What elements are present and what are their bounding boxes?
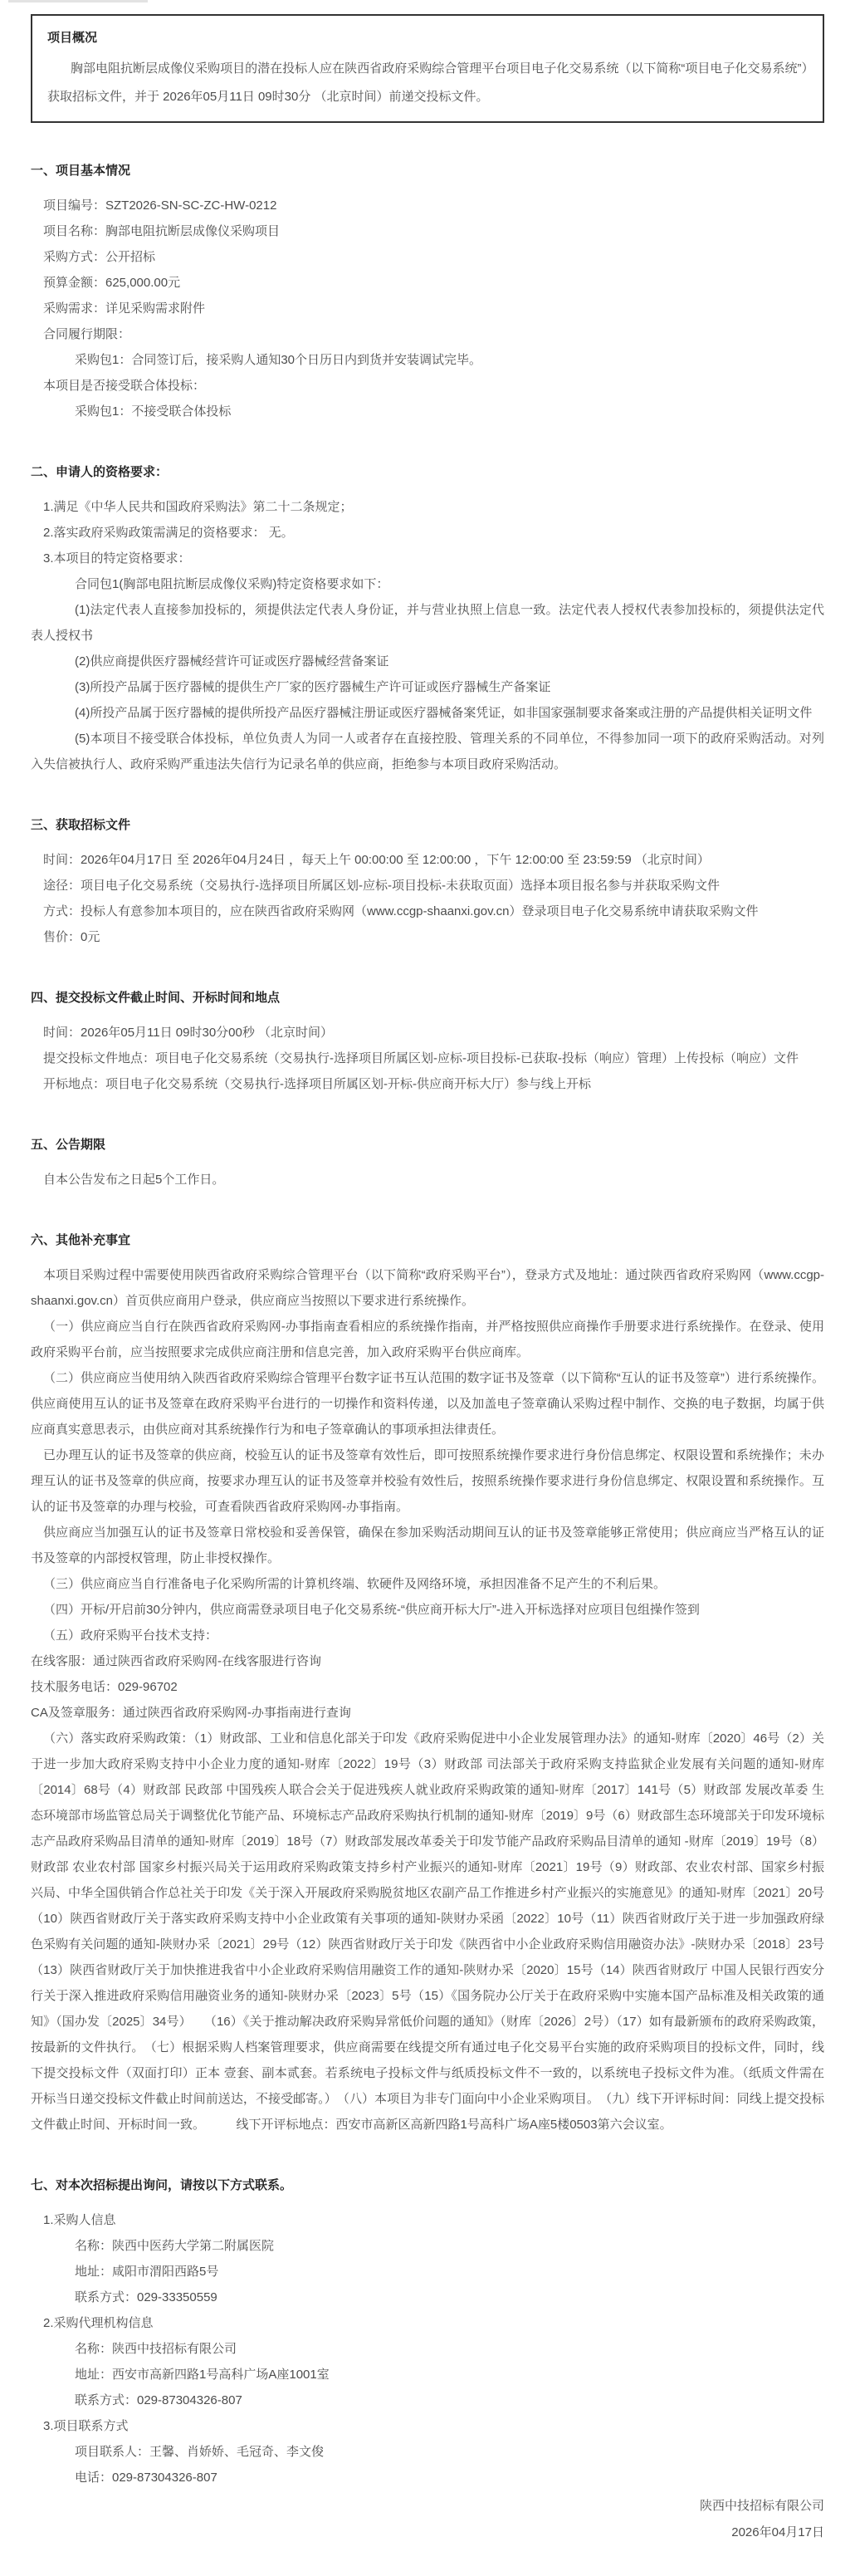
qualification-requirement-3: (3)所投产品属于医疗器械的提供生产厂家的医疗器械生产许可证或医疗器械生产备案证 bbox=[31, 674, 824, 700]
consortium-bid-package1: 采购包1：不接受联合体投标 bbox=[31, 399, 824, 424]
qualification-requirement-4: (4)所投产品属于医疗器械的提供所投产品医疗器械注册证或医疗器械备案凭证，如非国… bbox=[31, 700, 824, 726]
qualification-item: 3.本项目的特定资格要求： bbox=[31, 546, 824, 571]
purchaser-name-line: 名称：陕西中医药大学第二附属医院 bbox=[31, 2233, 824, 2259]
supplement-paragraph-2: （二）供应商应当使用纳入陕西省政府采购综合管理平台数字证书互认范围的数字证书及签… bbox=[31, 1365, 824, 1442]
signature-date: 2026年04月17日 bbox=[31, 2520, 824, 2546]
qualification-item: 2.落实政府采购政策需满足的资格要求： 无。 bbox=[31, 520, 824, 546]
purchaser-info-label: 1.采购人信息 bbox=[31, 2207, 824, 2233]
contract-period-package1: 采购包1：合同签订后，接采购人通知30个日历日内到货并安装调试完毕。 bbox=[31, 347, 824, 373]
document-time-line: 时间：2026年04月17日 至 2026年04月24日 ，每天上午 00:00… bbox=[31, 847, 824, 873]
deadline-time-line: 时间：2026年05月11日 09时30分00秒 （北京时间） bbox=[31, 1020, 824, 1046]
section-1-heading: 一、项目基本情况 bbox=[31, 162, 824, 179]
procurement-demand-line: 采购需求：详见采购需求附件 bbox=[31, 296, 824, 321]
supplement-paragraph: 本项目采购过程中需要使用陕西省政府采购综合管理平台（以下简称“政府采购平台”），… bbox=[31, 1262, 824, 1314]
budget-amount-line: 预算金额：625,000.00元 bbox=[31, 270, 824, 296]
supplement-paragraph: 供应商应当加强互认的证书及签章日常校验和妥善保管，确保在参加采购活动期间互认的证… bbox=[31, 1520, 824, 1571]
section-6-heading: 六、其他补充事宜 bbox=[31, 1232, 824, 1249]
supplement-paragraph-1: （一）供应商应当自行在陕西省政府采购网-办事指南查看相应的系统操作指南，并严格按… bbox=[31, 1314, 824, 1365]
section-2-heading: 二、申请人的资格要求： bbox=[31, 463, 824, 481]
agency-address-line: 地址：西安市高新四路1号高科广场A座1001室 bbox=[31, 2362, 824, 2387]
purchaser-address-line: 地址：咸阳市渭阳西路5号 bbox=[31, 2259, 824, 2285]
top-edge-artifact bbox=[8, 0, 148, 2]
qualification-requirement-1: (1)法定代表人直接参加投标的，须提供法定代表人身份证，并与营业执照上信息一致。… bbox=[31, 597, 824, 649]
supplement-paragraph-3: （三）供应商应当自行准备电子化采购所需的计算机终端、软硬件及网络环境，承担因准备… bbox=[31, 1571, 824, 1597]
policy-paragraph-6: （六）落实政府采购政策：（1）财政部、工业和信息化部关于印发《政府采购促进中小企… bbox=[31, 1726, 824, 2138]
section-7-heading: 七、对本次招标提出询问，请按以下方式联系。 bbox=[31, 2177, 824, 2194]
project-number-line: 项目编号：SZT2026-SN-SC-ZC-HW-0212 bbox=[31, 193, 824, 218]
tender-announcement-document: 项目概况 胸部电阻抗断层成像仪采购项目的潜在投标人应在陕西省政府采购综合管理平台… bbox=[0, 0, 855, 2576]
overview-paragraph: 胸部电阻抗断层成像仪采购项目的潜在投标人应在陕西省政府采购综合管理平台项目电子化… bbox=[47, 55, 808, 111]
project-overview-box: 项目概况 胸部电阻抗断层成像仪采购项目的潜在投标人应在陕西省政府采购综合管理平台… bbox=[31, 14, 824, 123]
supplement-paragraph-4: （四）开标/开启前30分钟内，供应商需登录项目电子化交易系统-“供应商开标大厅”… bbox=[31, 1597, 824, 1623]
project-contact-persons-line: 项目联系人：王馨、肖娇娇、毛冠奇、李文俊 bbox=[31, 2439, 824, 2465]
agency-contact-line: 联系方式：029-87304326-807 bbox=[31, 2387, 824, 2413]
submission-place-line: 提交投标文件地点：项目电子化交易系统（交易执行-选择项目所属区划-应标-项目投标… bbox=[31, 1046, 824, 1071]
announcement-period-line: 自本公告发布之日起5个工作日。 bbox=[31, 1167, 824, 1193]
procurement-method-line: 采购方式：公开招标 bbox=[31, 244, 824, 270]
online-service-line: 在线客服：通过陕西省政府采购网-在线客服进行咨询 bbox=[31, 1648, 824, 1674]
agency-info-label: 2.采购代理机构信息 bbox=[31, 2310, 824, 2336]
qualification-requirement-2: (2)供应商提供医疗器械经营许可证或医疗器械经营备案证 bbox=[31, 649, 824, 674]
project-name-line: 项目名称：胸部电阻抗断层成像仪采购项目 bbox=[31, 218, 824, 244]
qualification-item: 1.满足《中华人民共和国政府采购法》第二十二条规定； bbox=[31, 494, 824, 520]
purchaser-contact-line: 联系方式：029-33350559 bbox=[31, 2285, 824, 2310]
signature-block: 陕西中技招标有限公司 2026年04月17日 bbox=[31, 2493, 824, 2546]
section-4-heading: 四、提交投标文件截止时间、开标时间和地点 bbox=[31, 989, 824, 1006]
supplement-paragraph-5: （五）政府采购平台技术支持： bbox=[31, 1623, 824, 1648]
bid-opening-place-line: 开标地点：项目电子化交易系统（交易执行-选择项目所属区划-开标-供应商开标大厅）… bbox=[31, 1071, 824, 1097]
consortium-bid-label: 本项目是否接受联合体投标： bbox=[31, 373, 824, 399]
tech-support-phone-line: 技术服务电话：029-96702 bbox=[31, 1674, 824, 1700]
supplement-paragraph: 已办理互认的证书及签章的供应商，校验互认的证书及签章有效性后，即可按照系统操作要… bbox=[31, 1442, 824, 1520]
agency-name-line: 名称：陕西中技招标有限公司 bbox=[31, 2336, 824, 2362]
project-contact-phone-line: 电话：029-87304326-807 bbox=[31, 2465, 824, 2490]
qualification-package1-label: 合同包1(胸部电阻抗断层成像仪采购)特定资格要求如下： bbox=[31, 571, 824, 597]
document-price-line: 售价：0元 bbox=[31, 924, 824, 950]
ca-signature-service-line: CA及签章服务：通过陕西省政府采购网-办事指南进行查询 bbox=[31, 1700, 824, 1726]
signature-agency: 陕西中技招标有限公司 bbox=[31, 2493, 824, 2520]
qualification-requirement-5: (5)本项目不接受联合体投标，单位负责人为同一人或者存在直接控股、管理关系的不同… bbox=[31, 726, 824, 777]
document-channel-line: 途径：项目电子化交易系统（交易执行-选择项目所属区划-应标-项目投标-未获取页面… bbox=[31, 873, 824, 899]
section-3-heading: 三、获取招标文件 bbox=[31, 816, 824, 834]
overview-title: 项目概况 bbox=[47, 29, 808, 47]
document-method-line: 方式：投标人有意参加本项目的，应在陕西省政府采购网（www.ccgp-shaan… bbox=[31, 899, 824, 924]
section-5-heading: 五、公告期限 bbox=[31, 1136, 824, 1153]
contract-period-label: 合同履行期限： bbox=[31, 321, 824, 347]
